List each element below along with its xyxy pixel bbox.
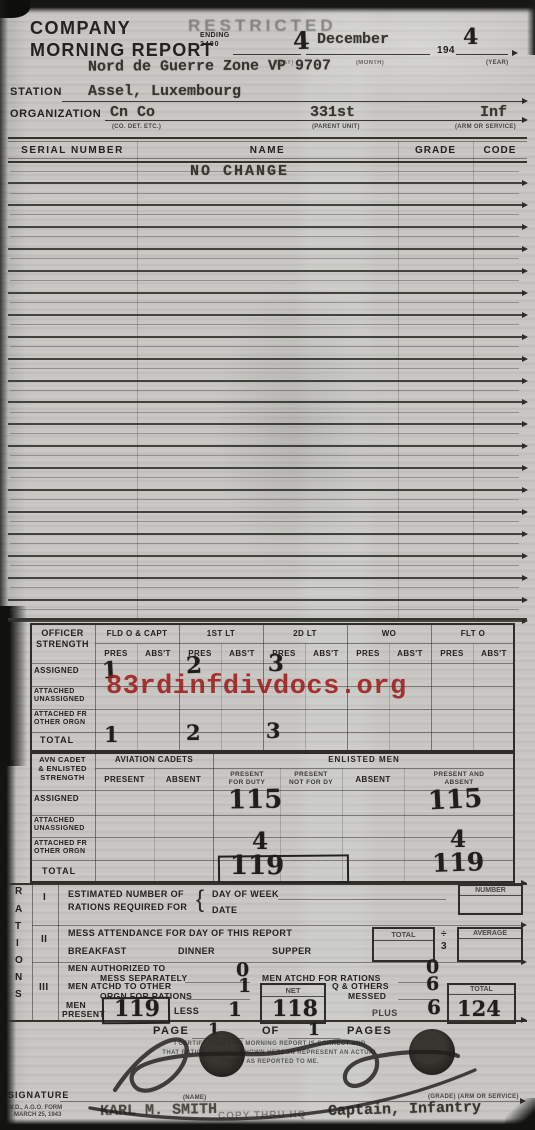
enlisted-sub-present: PRESENT (95, 775, 154, 784)
roster-blank-row (8, 183, 525, 207)
rations-row1-rule (32, 925, 525, 926)
rations-breakfast-label: BREAKFAST (68, 946, 127, 956)
roster-col-grade: GRADE (398, 145, 473, 156)
month-value: December (317, 31, 389, 48)
enlisted-sub-present-for-duty: PRESENT FOR DUTY (225, 771, 269, 786)
scan-edge-left-lower (0, 606, 27, 766)
rations-date-label: DATE (212, 905, 237, 915)
enlisted-group-aviation-cadets: AVIATION CADETS (95, 755, 213, 764)
enlisted-row-assigned-label: ASSIGNED (34, 794, 79, 803)
roster-blank-row (8, 380, 525, 404)
enlisted-sub-absent2: ABSENT (342, 775, 404, 784)
rations-qothers-label2: MESSED (348, 991, 386, 1001)
roster-bottom-rule (8, 618, 527, 620)
month-line (306, 54, 430, 55)
rations-dinner-label: DINNER (178, 946, 215, 956)
month-sublabel: (MONTH) (356, 60, 384, 66)
rations-estimated-label1: ESTIMATED NUMBER OF (68, 889, 184, 899)
enlisted-group-enlisted-men: ENLISTED MEN (213, 755, 515, 764)
rations-letter-i: I (16, 938, 19, 949)
enlisted-absent-divider (404, 768, 405, 883)
station-line-arrow (522, 98, 528, 104)
rations-row1-numeral: I (43, 892, 46, 903)
year-sublabel: (YEAR) (486, 60, 508, 66)
officer-group-fldo-capt: FLD O & CAPT (95, 629, 179, 638)
rations-qothers-value: 6 (426, 973, 439, 995)
officer-sub-abst-4: ABS'T (389, 649, 431, 658)
enlisted-strength-label3: STRENGTH (30, 773, 95, 782)
officer-presabst-divider-5 (473, 643, 474, 752)
enlisted-avn-divider (154, 768, 155, 883)
org-parent-value: 331st (310, 104, 355, 121)
org-arm-sublabel: (ARM OR SERVICE) (455, 124, 516, 130)
year-prefix: 194 (437, 45, 455, 56)
roster-blank-row (8, 577, 525, 601)
roster-top-rule (8, 137, 527, 139)
roster-col-serial: SERIAL NUMBER (8, 145, 137, 156)
officer-group-1st-lt: 1ST LT (179, 629, 263, 638)
scan-edge-left-bottom (0, 760, 16, 1130)
enlisted-labelcol-divider (95, 752, 96, 883)
enlisted-row-total-label: TOTAL (42, 866, 76, 876)
org-arm-value: Inf (480, 104, 507, 121)
enlisted-assigned-pa: 115 (427, 784, 483, 817)
officer-sub-abst-2: ABS'T (221, 649, 263, 658)
officer-total-2lt-pres: 3 (266, 718, 281, 743)
rations-mess-attendance-label: MESS ATTENDANCE FOR DAY OF THIS REPORT (68, 928, 292, 938)
organization-line-arrow (522, 117, 528, 123)
station-value: Assel, Luxembourg (88, 83, 241, 100)
rations-number-box-label: NUMBER (460, 887, 521, 896)
org-parent-sublabel: (PARENT UNIT) (312, 124, 360, 130)
organization-line (105, 120, 522, 121)
rations-day-of-week-label: DAY OF WEEK (212, 889, 279, 899)
roster-blank-row (8, 511, 525, 535)
year-line-arrow (512, 50, 518, 56)
enlisted-total-pa: 119 (432, 847, 485, 878)
zone-typed-line: Nord de Guerre Zone VP 9707 (88, 57, 331, 75)
roster-blank-row (8, 226, 525, 250)
year-value: 4 (463, 24, 479, 50)
roster-blank-row (8, 423, 525, 447)
enlisted-strength-label2: & ENLISTED (30, 764, 95, 773)
rations-number-box: NUMBER (458, 884, 523, 915)
officer-sub-abst-5: ABS'T (473, 649, 515, 658)
ending-label: ENDING (200, 32, 230, 39)
officer-row2-rule (30, 709, 515, 710)
roster-blank-row (8, 292, 525, 316)
roster-blank-row (8, 270, 525, 294)
enlisted-groupheader-rule (95, 768, 515, 769)
enlisted-total-pfd: 119 (230, 851, 284, 881)
officer-sub-abst-3: ABS'T (305, 649, 347, 658)
scan-edge-top (0, 0, 535, 13)
rations-row3-numeral: III (39, 982, 49, 993)
officer-group-2d-lt: 2D LT (263, 629, 347, 638)
rations-day-of-week-line (278, 899, 446, 900)
form-title-line1: COMPANY (30, 18, 131, 39)
roster-header-rule1 (8, 158, 527, 159)
rations-letter-t: T (15, 921, 22, 932)
officer-strength-label2: STRENGTH (30, 639, 95, 649)
org-unit-sublabel: (CO. DET. ETC.) (112, 124, 161, 130)
officer-sub-pres-5: PRES (431, 649, 473, 658)
officer-row-assigned-label: ASSIGNED (34, 666, 79, 675)
enlisted-row2-rule (30, 837, 515, 838)
enlisted-sub-absent: ABSENT (154, 775, 213, 784)
org-unit-value: Cn Co (110, 104, 155, 121)
enlisted-strength-label1: AVN CADET (30, 755, 95, 764)
day-line (233, 54, 301, 55)
year-line (456, 54, 508, 55)
station-line (62, 101, 522, 102)
scan-corner-topright (527, 0, 535, 55)
officer-row-attachedfr-label1: ATTACHED FR (34, 711, 87, 718)
rations-average-box: AVERAGE (457, 927, 523, 962)
site-watermark: 83rdinfdivdocs.org (106, 672, 407, 702)
roster-entry-no-change: NO CHANGE (190, 163, 289, 180)
roster-blank-row (8, 402, 525, 426)
enlisted-sub-present-not-for-dy: PRESENT NOT FOR DY (287, 771, 335, 786)
enlisted-row-attached-label1: ATTACHED (34, 817, 75, 824)
officer-row-attachedfr-label2: OTHER ORGN (34, 719, 85, 726)
officer-total-fldo-pres: 1 (104, 722, 119, 747)
officer-sub-abst-1: ABS'T (137, 649, 179, 658)
enlisted-row-attachedfr-label2: OTHER ORGN (34, 848, 85, 855)
enlisted-row-attachedfr-label1: ATTACHED FR (34, 840, 87, 847)
officer-total-1lt-pres: 2 (186, 720, 201, 745)
roster-top-rule2 (8, 141, 527, 142)
roster-blank-row (8, 467, 525, 491)
rations-divide-sign: ÷ (441, 929, 447, 940)
organization-label: ORGANIZATION (10, 108, 101, 120)
enlisted-assigned-pfd: 115 (228, 785, 283, 816)
rations-estimated-label2: RATIONS REQUIRED FOR (68, 902, 187, 912)
rations-letter-r: R (15, 886, 23, 897)
rations-total-box-label: TOTAL (374, 930, 433, 941)
officer-group-divider-4 (431, 623, 432, 752)
officer-sub-pres-4: PRES (347, 649, 389, 658)
signature-scrawl (55, 1012, 525, 1124)
rations-average-box-label: AVERAGE (459, 930, 521, 939)
roster-blank-row (8, 314, 525, 338)
roster-blank-row (8, 358, 525, 382)
morning-report-scan: COMPANY MORNING REPORT RESTRICTED ENDING… (0, 0, 535, 1130)
rations-grandtotal-box-label: TOTAL (449, 986, 514, 995)
rations-other-label1: MEN ATCHD TO OTHER (68, 981, 171, 991)
roster-col-name: NAME (137, 145, 398, 156)
rations-divide-by: 3 (441, 941, 447, 952)
roster-blank-row (8, 248, 525, 272)
roster-blank-row (8, 555, 525, 579)
rations-qothers-label1: Q & OTHERS (332, 981, 389, 991)
officer-row-total-label: TOTAL (40, 735, 74, 745)
rations-numerals-divider (58, 883, 59, 1020)
rations-auth-label1: MEN AUTHORIZED TO (68, 963, 165, 973)
officer-row-attached-label2: UNASSIGNED (34, 696, 85, 703)
day-value: 4 (292, 26, 310, 56)
roster-blank-row (8, 489, 525, 513)
rations-letter-s: S (15, 989, 22, 1000)
rations-top-rule (8, 883, 527, 885)
roster-col-code: CODE (473, 145, 527, 156)
rations-letter-n: N (15, 972, 23, 983)
rations-supper-label: SUPPER (272, 946, 311, 956)
form-number-line1: W.D., A.G.O. FORM (8, 1105, 62, 1111)
rations-brace: { (196, 886, 204, 914)
ending-time: 2400 (200, 41, 220, 48)
roster-blank-row (8, 336, 525, 360)
enlisted-row-attached-label2: UNASSIGNED (34, 825, 85, 832)
enlisted-group-divider (213, 752, 214, 883)
roster-blank-row (8, 445, 525, 469)
rations-letters-divider (32, 883, 33, 1020)
roster-blank-row (8, 533, 525, 557)
rations-letter-a: A (15, 904, 23, 915)
station-label: STATION (10, 86, 62, 98)
rations-letter-o: O (15, 955, 23, 966)
rations-row2-numeral: II (41, 934, 47, 945)
rations-other-value: 1 (238, 975, 251, 997)
roster-blank-row (8, 204, 525, 228)
officer-row-attached-label1: ATTACHED (34, 688, 75, 695)
officer-strength-label1: OFFICER (30, 628, 95, 638)
officer-labelcol-divider (95, 623, 96, 752)
officer-group-wo: WO (347, 629, 431, 638)
officer-group-flt-o: FLT O (431, 629, 515, 638)
